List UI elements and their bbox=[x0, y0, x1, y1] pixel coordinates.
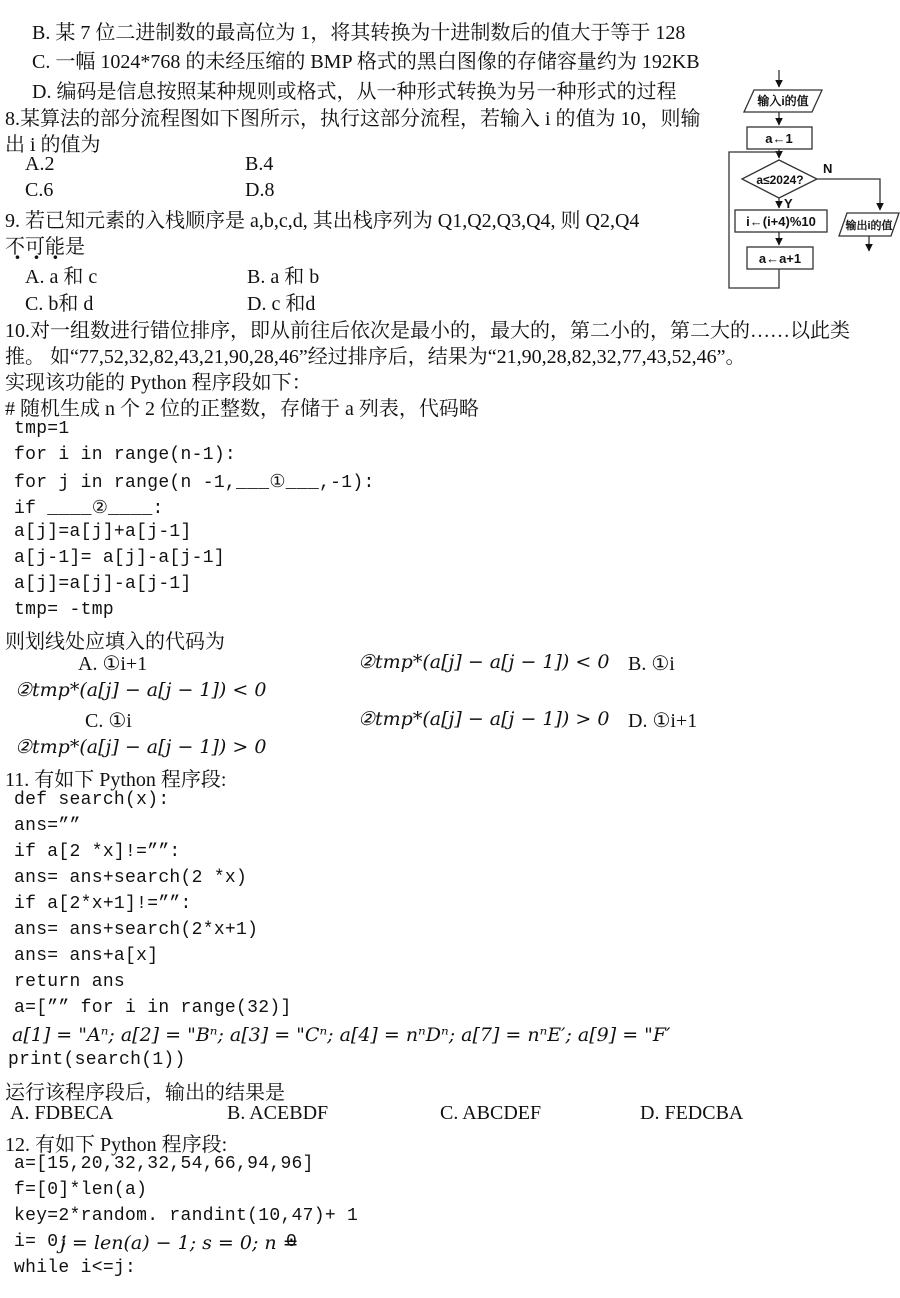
text-segment: D. 编码是信息按照某种规则或格式，从一种形式转换为另一种形式的过程 bbox=[32, 75, 676, 104]
text-segment: B.4 bbox=[245, 153, 273, 176]
text-line: tmp= -tmp bbox=[0, 600, 900, 627]
text-line: for j in range(n -1,___①___,-1): bbox=[0, 471, 900, 498]
text-line: return ans bbox=[0, 972, 900, 999]
text-line: while i<=j: bbox=[0, 1258, 900, 1285]
text-segment: if ____②____: bbox=[14, 497, 164, 519]
edge-cond-output bbox=[817, 179, 880, 210]
flowchart-svg: 输入i的值 a←1 a≤2024? N Y i←(i+4)%10 输出i的值 a… bbox=[700, 60, 900, 310]
step-label: i←(i+4)%10 bbox=[746, 214, 816, 229]
text-segment: C.6 bbox=[25, 179, 53, 202]
text-segment: key=2*random. randint(10,47)+ 1 bbox=[14, 1206, 358, 1226]
input-label: 输入i的值 bbox=[756, 93, 808, 108]
text-segment: 运行该程序段后，输出的结果是 bbox=[5, 1076, 285, 1105]
text-line: a=[15,20,32,32,54,66,94,96] bbox=[0, 1154, 900, 1181]
increment-label: a←a+1 bbox=[759, 251, 801, 266]
text-segment: A. ①i+1 bbox=[78, 651, 147, 676]
text-line: 则划线处应填入的代码为 bbox=[0, 625, 900, 652]
text-line: 10.对一组数进行错位排序，即从前往后依次是最小的，最大的，第二小的，第二大的…… bbox=[0, 314, 900, 341]
text-line: if ____②____: bbox=[0, 497, 900, 524]
algorithm-flowchart: 输入i的值 a←1 a≤2024? N Y i←(i+4)%10 输出i的值 a… bbox=[700, 60, 900, 310]
text-line: 运行该程序段后，输出的结果是 bbox=[0, 1076, 900, 1103]
text-segment: D. FEDCBA bbox=[640, 1102, 743, 1125]
text-line: f=[0]*len(a) bbox=[0, 1180, 900, 1207]
text-segment: for j in range(n -1,___①___,-1): bbox=[14, 471, 375, 493]
text-line: a=[”” for i in range(32)] bbox=[0, 998, 900, 1025]
text-line: if a[2*x+1]!=””: bbox=[0, 894, 900, 921]
text-segment: D. c 和d bbox=[247, 287, 315, 316]
text-segment: ans=”” bbox=[14, 816, 81, 836]
text-line: ②tmp*(a[j] − a[j − 1]) < 0 bbox=[0, 679, 900, 706]
text-segment: 12. 有如下 Python 程序段: bbox=[5, 1128, 227, 1157]
text-segment: ②tmp*(a[j] − a[j − 1]) > 0 bbox=[358, 708, 609, 730]
text-segment: C. ①i bbox=[85, 708, 132, 733]
text-line: # 随机生成 n 个 2 位的正整数，存储于 a 列表，代码略 bbox=[0, 392, 900, 419]
text-segment: ans= ans+search(2 *x) bbox=[14, 868, 247, 888]
text-segment: A.2 bbox=[25, 153, 54, 176]
text-line: a[j-1]= a[j]-a[j-1] bbox=[0, 548, 900, 575]
text-segment: ②tmp*(a[j] − a[j − 1]) < 0 bbox=[358, 651, 609, 673]
text-segment: C. 一幅 1024*768 的未经压缩的 BMP 格式的黑白图像的存储容量约为… bbox=[32, 45, 700, 74]
text-segment: for i in range(n-1): bbox=[14, 445, 236, 465]
text-line: A. FDBECAB. ACEBDFC. ABCDEFD. FEDCBA bbox=[0, 1102, 900, 1129]
text-segment: print(search(1)) bbox=[8, 1050, 186, 1070]
text-segment: return ans bbox=[14, 972, 125, 992]
text-segment: if a[2 *x]!=””: bbox=[14, 842, 181, 862]
text-segment: B. 某 7 位二进制数的最高位为 1，将其转换为十进制数后的值大于等于 128 bbox=[32, 16, 685, 45]
text-segment: # 随机生成 n 个 2 位的正整数，存储于 a 列表，代码略 bbox=[5, 392, 479, 421]
text-line: B. 某 7 位二进制数的最高位为 1，将其转换为十进制数后的值大于等于 128 bbox=[0, 16, 900, 43]
text-line: key=2*random. randint(10,47)+ 1 bbox=[0, 1206, 900, 1233]
text-line: 12. 有如下 Python 程序段: bbox=[0, 1128, 900, 1155]
text-segment: 推。 如“77,52,32,82,43,21,90,28,46”经过排序后，结果… bbox=[5, 340, 746, 369]
text-segment: D.8 bbox=[245, 179, 274, 202]
text-segment: a[1] = "Aⁿ; a[2] = "Bⁿ; a[3] = "Cⁿ; a[4]… bbox=[12, 1024, 670, 1046]
text-line: ans=”” bbox=[0, 816, 900, 843]
text-segment: B. ①i bbox=[628, 651, 675, 676]
exam-page: B. 某 7 位二进制数的最高位为 1，将其转换为十进制数后的值大于等于 128… bbox=[0, 0, 900, 1298]
text-segment: j = len(a) − 1; s = 0; n = bbox=[60, 1232, 299, 1254]
text-line: 11. 有如下 Python 程序段: bbox=[0, 763, 900, 790]
text-segment: 10.对一组数进行错位排序，即从前往后依次是最小的，最大的，第二小的，第二大的…… bbox=[5, 314, 850, 343]
text-line: 推。 如“77,52,32,82,43,21,90,28,46”经过排序后，结果… bbox=[0, 340, 900, 367]
text-line: tmp=1 bbox=[0, 419, 900, 446]
text-segment: ②tmp*(a[j] − a[j − 1]) < 0 bbox=[15, 679, 266, 701]
text-line: a[j]=a[j]+a[j-1] bbox=[0, 522, 900, 549]
branch-y-label: Y bbox=[784, 196, 793, 211]
text-segment: 8.某算法的部分流程图如下图所示，执行这部分流程，若输入 i 的值为 10，则输 bbox=[5, 102, 701, 131]
text-line: ②tmp*(a[j] − a[j − 1]) > 0 bbox=[0, 736, 900, 763]
text-segment: a[j]=a[j]+a[j-1] bbox=[14, 522, 192, 542]
text-line: print(search(1)) bbox=[0, 1050, 900, 1077]
text-segment: ②tmp*(a[j] − a[j − 1]) > 0 bbox=[15, 736, 266, 758]
text-segment: 则划线处应填入的代码为 bbox=[5, 625, 225, 654]
text-segment: 11. 有如下 Python 程序段: bbox=[5, 763, 227, 792]
text-line: ans= ans+search(2 *x) bbox=[0, 868, 900, 895]
branch-n-label: N bbox=[823, 161, 832, 176]
text-line: 实现该功能的 Python 程序段如下： bbox=[0, 366, 900, 393]
text-segment: a[j-1]= a[j]-a[j-1] bbox=[14, 548, 225, 568]
text-segment: A. a 和 c bbox=[25, 260, 97, 289]
text-segment: tmp=1 bbox=[14, 419, 70, 439]
condition-label: a≤2024? bbox=[756, 173, 803, 187]
text-segment: f=[0]*len(a) bbox=[14, 1180, 147, 1200]
text-line: for i in range(n-1): bbox=[0, 445, 900, 472]
text-segment: B. ACEBDF bbox=[227, 1102, 328, 1125]
text-segment: ans= ans+search(2*x+1) bbox=[14, 920, 258, 940]
text-line: def search(x): bbox=[0, 790, 900, 817]
text-segment: C. ABCDEF bbox=[440, 1102, 541, 1125]
text-line: ans= ans+search(2*x+1) bbox=[0, 920, 900, 947]
output-label: 输出i的值 bbox=[844, 218, 892, 232]
text-segment: 0 bbox=[286, 1232, 297, 1252]
init-label: a←1 bbox=[765, 131, 792, 146]
text-segment: A. FDBECA bbox=[10, 1102, 113, 1125]
text-segment: C. b和 d bbox=[25, 287, 93, 316]
text-segment: D. ①i+1 bbox=[628, 708, 697, 733]
text-segment: def search(x): bbox=[14, 790, 169, 810]
text-line: a[j]=a[j]-a[j-1] bbox=[0, 574, 900, 601]
text-line: if a[2 *x]!=””: bbox=[0, 842, 900, 869]
text-line: i= 0;j = len(a) − 1; s = 0; n =0 bbox=[0, 1232, 900, 1259]
text-segment: B. a 和 b bbox=[247, 260, 319, 289]
text-segment: if a[2*x+1]!=””: bbox=[14, 894, 192, 914]
text-segment: ans= ans+a[x] bbox=[14, 946, 158, 966]
text-line: A. ①i+1②tmp*(a[j] − a[j − 1]) < 0B. ①i bbox=[0, 651, 900, 678]
text-line: ans= ans+a[x] bbox=[0, 946, 900, 973]
text-line: C. ①i②tmp*(a[j] − a[j − 1]) > 0D. ①i+1 bbox=[0, 708, 900, 735]
text-segment: a=[”” for i in range(32)] bbox=[14, 998, 292, 1018]
text-segment: 实现该功能的 Python 程序段如下： bbox=[5, 366, 312, 395]
text-segment: a[j]=a[j]-a[j-1] bbox=[14, 574, 192, 594]
text-segment: tmp= -tmp bbox=[14, 600, 114, 620]
text-segment: a=[15,20,32,32,54,66,94,96] bbox=[14, 1154, 314, 1174]
text-segment: while i<=j: bbox=[14, 1258, 136, 1278]
text-line: a[1] = "Aⁿ; a[2] = "Bⁿ; a[3] = "Cⁿ; a[4]… bbox=[0, 1024, 900, 1051]
text-segment: 9. 若已知元素的入栈顺序是 a,b,c,d, 其出栈序列为 Q1,Q2,Q3,… bbox=[5, 204, 639, 233]
